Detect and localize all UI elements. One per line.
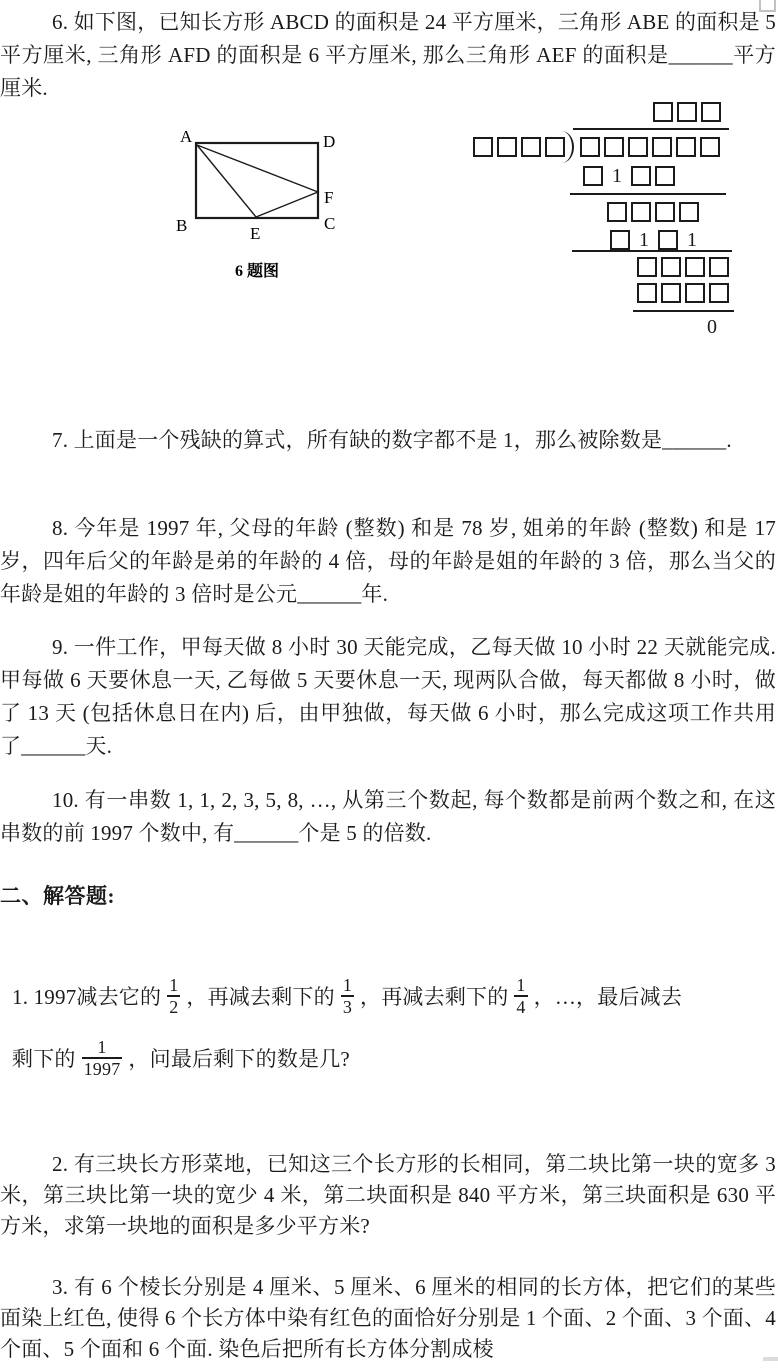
text-run: ，再减去剩下的 — [186, 985, 334, 1009]
vertex-label-e: E — [250, 224, 260, 243]
fraction-denominator: 1997 — [82, 1057, 123, 1079]
division-missing-digit-box — [631, 166, 651, 186]
fraction-denominator: 4 — [514, 995, 527, 1017]
segment-af — [197, 145, 318, 192]
division-missing-digit-box — [655, 166, 675, 186]
text-run: 剩下的 — [12, 1047, 76, 1071]
division-missing-digit-box — [583, 166, 603, 186]
fraction-numerator: 1 — [516, 975, 525, 995]
division-missing-digit-box — [709, 283, 729, 303]
division-digit: 1 — [607, 166, 627, 187]
division-missing-digit-box — [473, 137, 493, 157]
division-digit: 1 — [682, 230, 702, 251]
document-page: { "colors": { "text": "#1b1b1b", "artifa… — [0, 0, 778, 1368]
division-digit: 1 — [634, 230, 654, 251]
division-missing-digit-box — [604, 137, 624, 157]
division-missing-digit-box — [661, 283, 681, 303]
figure-caption: 6 题图 — [235, 261, 279, 280]
fraction-numerator: 1 — [343, 975, 352, 995]
division-missing-digit-box — [628, 137, 648, 157]
fraction-denominator: 2 — [167, 995, 180, 1017]
division-missing-digit-box — [676, 137, 696, 157]
vertex-label-f: F — [324, 188, 333, 207]
division-missing-digit-box — [497, 137, 517, 157]
problem-6-figure: A D B C E F 6 题图 — [168, 118, 360, 290]
fraction: 11997 — [82, 1037, 123, 1079]
text-run: ，再减去剩下的 — [360, 985, 508, 1009]
fraction: 13 — [341, 975, 354, 1017]
division-missing-digit-box — [610, 230, 630, 250]
division-missing-digit-box — [652, 137, 672, 157]
division-missing-digit-box — [631, 202, 651, 222]
rectangle-abcd — [196, 143, 318, 218]
division-missing-digit-box — [580, 137, 600, 157]
division-missing-digit-box — [658, 230, 678, 250]
division-diagram: 1110 — [465, 95, 750, 350]
scan-artifact-bottom-right — [763, 1357, 778, 1361]
division-missing-digit-box — [655, 202, 675, 222]
division-missing-digit-box — [700, 137, 720, 157]
fraction-numerator: 1 — [169, 975, 178, 995]
problem-6-text: 6. 如下图，已知长方形 ABCD 的面积是 24 平方厘米，三角形 ABE 的… — [0, 6, 776, 105]
section-2-header: 二、解答题: — [0, 880, 115, 910]
division-missing-digit-box — [709, 257, 729, 277]
division-line-3 — [633, 310, 734, 312]
vertex-label-b: B — [176, 216, 187, 235]
fraction-numerator: 1 — [97, 1037, 106, 1057]
division-missing-digit-box — [701, 102, 721, 122]
division-vinculum — [573, 128, 729, 130]
vertex-label-a: A — [180, 127, 193, 146]
fraction: 14 — [514, 975, 527, 1017]
division-missing-digit-box — [679, 202, 699, 222]
division-missing-digit-box — [637, 257, 657, 277]
division-missing-digit-box — [685, 283, 705, 303]
division-missing-digit-box — [685, 257, 705, 277]
problem-s1-text: 1. 1997减去它的12，再减去剩下的13，再减去剩下的14，…，最后减去剩下… — [0, 966, 776, 1090]
problem-7-text: 7. 上面是一个残缺的算式，所有缺的数字都不是 1，那么被除数是______. — [0, 424, 776, 457]
problem-8-text: 8. 今年是 1997 年, 父母的年龄 (整数) 和是 78 岁, 姐弟的年龄… — [0, 512, 776, 611]
vertex-label-d: D — [323, 132, 335, 151]
division-missing-digit-box — [607, 202, 627, 222]
division-digit: 0 — [702, 317, 722, 338]
division-missing-digit-box — [661, 257, 681, 277]
problem-s2-text: 2. 有三块长方形菜地，已知这三个长方形的长相同，第二块比第一块的宽多 3 米，… — [0, 1149, 776, 1242]
text-run: 1. 1997减去它的 — [12, 985, 161, 1009]
segment-ef — [256, 192, 318, 217]
scan-artifact-top-right — [759, 0, 776, 12]
fraction-denominator: 3 — [341, 995, 354, 1017]
division-missing-digit-box — [677, 102, 697, 122]
division-missing-digit-box — [653, 102, 673, 122]
text-run: ，…，最后减去 — [534, 985, 682, 1009]
division-missing-digit-box — [637, 283, 657, 303]
vertex-label-c: C — [324, 214, 335, 233]
problem-9-text: 9. 一件工作，甲每天做 8 小时 30 天能完成，乙每天做 10 小时 22 … — [0, 631, 776, 763]
division-missing-digit-box — [521, 137, 541, 157]
problem-s3-text: 3. 有 6 个棱长分别是 4 厘米、5 厘米、6 厘米的相同的长方体，把它们的… — [0, 1272, 776, 1365]
fraction: 12 — [167, 975, 180, 1017]
text-run: ，问最后剩下的数是几? — [128, 1047, 350, 1071]
problem-10-text: 10. 有一串数 1, 1, 2, 3, 5, 8, …, 从第三个数起, 每个… — [0, 784, 776, 850]
division-line-1 — [570, 193, 726, 195]
division-missing-digit-box — [545, 137, 565, 157]
